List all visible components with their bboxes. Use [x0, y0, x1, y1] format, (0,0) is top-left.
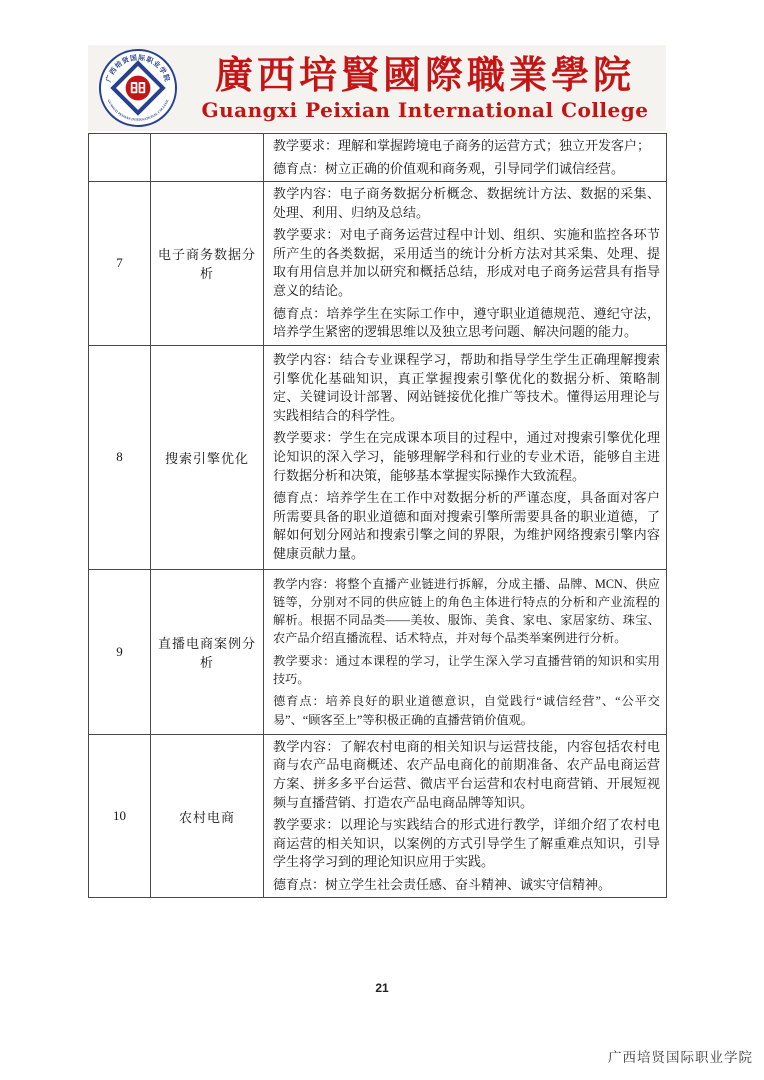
description-paragraph: 德育点：树立正确的价值观和商务观，引导同学们诚信经营。	[273, 160, 660, 179]
course-description-cell: 教学内容：了解农村电商的相关知识与运营技能，内容包括农村电商与农产品电商概述、农…	[264, 734, 667, 898]
college-titles: 廣西培賢國際職業學院 Guangxi Peixian International…	[184, 54, 666, 122]
description-paragraph: 教学内容：了解农村电商的相关知识与运营技能，内容包括农村电商与农产品电商概述、农…	[273, 738, 660, 812]
document-page: 广西培贤国际职业学院 GUANGXI PEIXIAN INTERNATIONAL…	[0, 0, 764, 1080]
course-name-cell: 电子商务数据分析	[151, 182, 264, 346]
description-paragraph: 教学要求：对电子商务运营过程中计划、组织、实施和监控各环节所产生的各类数据，采用…	[273, 226, 660, 300]
course-row: 9直播电商案例分析教学内容：将整个直播产业链进行拆解，分成主播、品牌、MCN、供…	[89, 569, 667, 734]
course-row: 教学要求：理解和掌握跨境电子商务的运营方式；独立开发客户；德育点：树立正确的价值…	[89, 134, 667, 182]
description-paragraph: 教学要求：理解和掌握跨境电子商务的运营方式；独立开发客户；	[273, 137, 660, 156]
course-number-cell	[89, 134, 151, 182]
description-paragraph: 德育点：培养良好的职业道德意识，自觉践行“诚信经营”、“公平交易”、“顾客至上”…	[273, 692, 660, 729]
course-name-cell: 直播电商案例分析	[151, 569, 264, 734]
course-row: 10农村电商教学内容：了解农村电商的相关知识与运营技能，内容包括农村电商与农产品…	[89, 734, 667, 898]
course-number-cell: 8	[89, 345, 151, 569]
course-description-cell: 教学内容：将整个直播产业链进行拆解，分成主播、品牌、MCN、供应链等，分别对不同…	[264, 569, 667, 734]
course-description-cell: 教学要求：理解和掌握跨境电子商务的运营方式；独立开发客户；德育点：树立正确的价值…	[264, 134, 667, 182]
description-paragraph: 教学要求：学生在完成课本项目的过程中，通过对搜索引擎优化理论知识的深入学习，能够…	[273, 429, 660, 485]
description-paragraph: 德育点：树立学生社会责任感、奋斗精神、诚实守信精神。	[273, 876, 660, 895]
description-paragraph: 德育点：培养学生在实际工作中，遵守职业道德规范、遵纪守法，培养学生紧密的逻辑思维…	[273, 305, 660, 342]
college-name-chinese: 廣西培賢國際職業學院	[184, 54, 666, 98]
logo-center-circle	[126, 76, 151, 101]
description-paragraph: 教学内容：结合专业课程学习，帮助和指导学生学生正确理解搜索引擎优化基础知识，真正…	[273, 351, 660, 425]
course-name-cell	[151, 134, 264, 182]
course-syllabus-table: 教学要求：理解和掌握跨境电子商务的运营方式；独立开发客户；德育点：树立正确的价值…	[88, 133, 667, 898]
course-description-cell: 教学内容：结合专业课程学习，帮助和指导学生学生正确理解搜索引擎优化基础知识，真正…	[264, 345, 667, 569]
description-paragraph: 教学内容：电子商务数据分析概念、数据统计方法、数据的采集、处理、利用、归纳及总结…	[273, 185, 660, 222]
course-table-body: 教学要求：理解和掌握跨境电子商务的运营方式；独立开发客户；德育点：树立正确的价值…	[89, 134, 667, 898]
course-row: 7电子商务数据分析教学内容：电子商务数据分析概念、数据统计方法、数据的采集、处理…	[89, 182, 667, 346]
description-paragraph: 德育点：培养学生在工作中对数据分析的严谨态度，具备面对客户所需要具备的职业道德和…	[273, 489, 660, 563]
course-name-cell: 搜索引擎优化	[151, 345, 264, 569]
description-paragraph: 教学要求：以理论与实践结合的形式进行教学，详细介绍了农村电商运营的相关知识，以案…	[273, 816, 660, 872]
description-paragraph: 教学要求：通过本课程的学习，让学生深入学习直播营销的知识和实用技巧。	[273, 652, 660, 689]
course-number-cell: 9	[89, 569, 151, 734]
course-number-cell: 7	[89, 182, 151, 346]
college-name-english: Guangxi Peixian International College	[184, 98, 666, 122]
footer-college-name: 广西培贤国际职业学院	[608, 1046, 753, 1066]
college-seal-icon: 广西培贤国际职业学院 GUANGXI PEIXIAN INTERNATIONAL…	[98, 48, 178, 128]
page-number: 21	[0, 981, 764, 995]
college-header-banner: 广西培贤国际职业学院 GUANGXI PEIXIAN INTERNATIONAL…	[88, 45, 666, 131]
course-description-cell: 教学内容：电子商务数据分析概念、数据统计方法、数据的采集、处理、利用、归纳及总结…	[264, 182, 667, 346]
college-seal-logo: 广西培贤国际职业学院 GUANGXI PEIXIAN INTERNATIONAL…	[98, 48, 178, 128]
course-row: 8搜索引擎优化教学内容：结合专业课程学习，帮助和指导学生学生正确理解搜索引擎优化…	[89, 345, 667, 569]
course-number-cell: 10	[89, 734, 151, 898]
course-name-cell: 农村电商	[151, 734, 264, 898]
description-paragraph: 教学内容：将整个直播产业链进行拆解，分成主播、品牌、MCN、供应链等，分别对不同…	[273, 575, 660, 648]
